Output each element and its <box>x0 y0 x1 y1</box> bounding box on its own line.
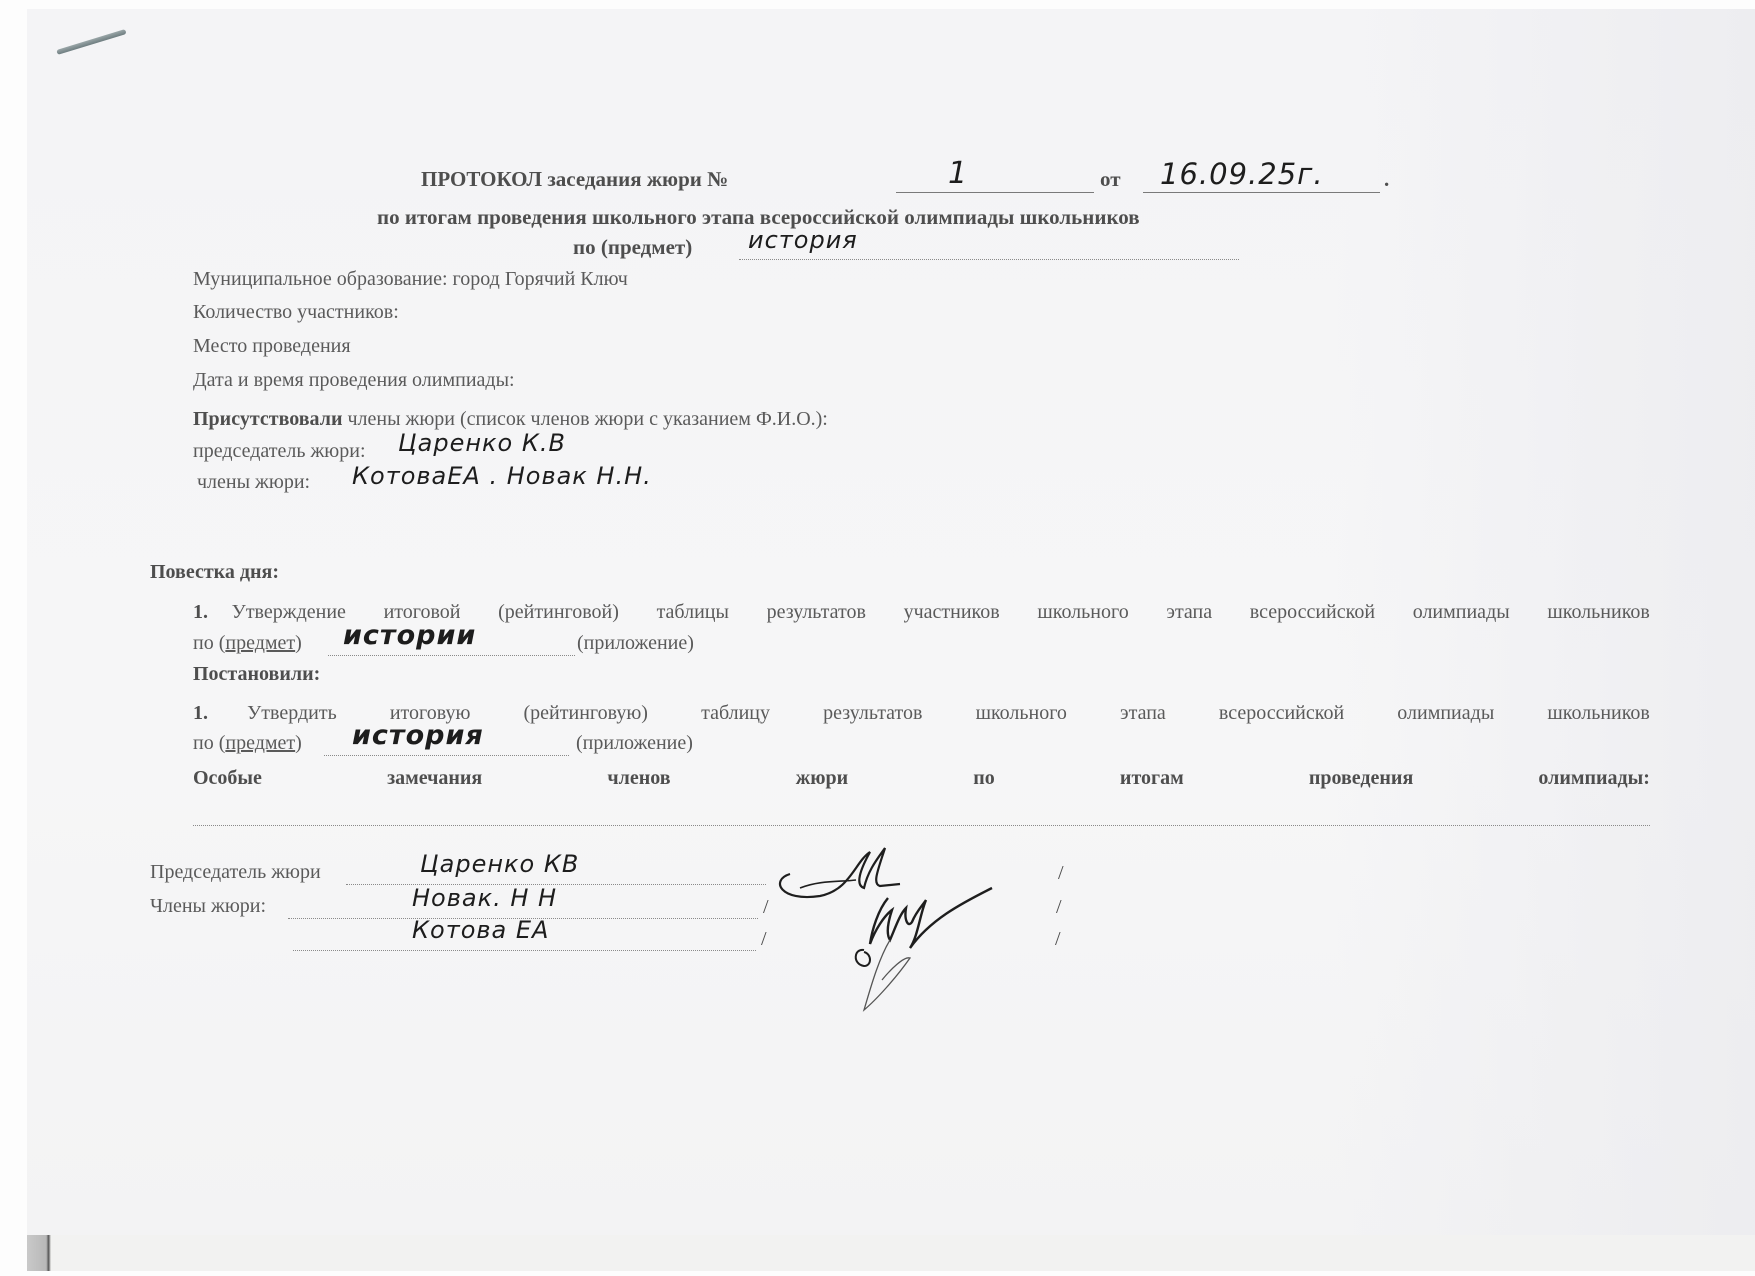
resolved-heading: Постановили: <box>193 662 320 686</box>
agenda-heading: Повестка дня: <box>150 560 279 584</box>
signature-chair-name: Царенко КВ <box>420 850 579 878</box>
signature-member2-name: Котова ЕА <box>412 916 549 944</box>
protocol-date: 16.09.25г. <box>1160 157 1324 191</box>
remarks-underline <box>193 825 1650 826</box>
word: Утверждение <box>232 600 346 624</box>
agenda-subject-underline <box>328 655 575 656</box>
scanner-bottom-edge <box>27 1235 1755 1271</box>
paren-close: ) <box>295 732 302 754</box>
word: школьников <box>1547 600 1650 624</box>
signature-members-label: Члены жюри: <box>150 894 266 918</box>
word: олимпиады <box>1397 701 1494 725</box>
word: проведения <box>1309 766 1413 790</box>
subject-word: предмет <box>225 732 295 754</box>
resolved-subject-underline <box>324 755 569 756</box>
signature-chair-label: Председатель жюри <box>150 860 321 884</box>
paren-open: по ( <box>193 632 225 654</box>
signature-member1-name: Новак. Н Н <box>412 884 557 912</box>
slash-mark: / <box>1058 862 1064 885</box>
present-description: члены жюри (список членов жюри с указани… <box>342 408 827 430</box>
word: Утвердить <box>247 701 337 725</box>
word: олимпиады: <box>1538 766 1650 790</box>
handwritten-signature-strokes <box>760 840 1000 1020</box>
word: всероссийской <box>1250 600 1375 624</box>
agenda-subject-handwritten: истории <box>343 620 476 651</box>
word: итогам <box>1120 766 1184 790</box>
resolved-subject-handwritten: история <box>352 720 484 751</box>
paren-open: по ( <box>193 732 225 754</box>
word: таблицу <box>701 701 770 725</box>
word: этапа <box>1166 600 1212 624</box>
word: участников <box>904 600 1000 624</box>
word: членов <box>607 766 670 790</box>
word: замечания <box>387 766 482 790</box>
word: таблицы <box>657 600 729 624</box>
word: олимпиады <box>1413 600 1510 624</box>
agenda-item-1-subject-prefix: по (предмет) <box>193 631 302 655</box>
word: (рейтинговой) <box>498 600 619 624</box>
municipality: Муниципальное образование: город Горячий… <box>193 267 628 291</box>
protocol-number: 1 <box>948 156 968 191</box>
slash-mark: / <box>1055 928 1061 951</box>
word: результатов <box>823 701 922 725</box>
participants-count-label: Количество участников: <box>193 300 399 324</box>
word: всероссийской <box>1219 701 1344 725</box>
word: Особые <box>193 766 262 790</box>
protocol-title: ПРОТОКОЛ заседания жюри № <box>421 167 728 191</box>
subject-value: история <box>748 226 858 254</box>
word: результатов <box>767 600 866 624</box>
resolved-item-number: 1. <box>193 701 208 725</box>
word: школьников <box>1547 701 1650 725</box>
protocol-number-underline <box>896 192 1094 193</box>
remarks-line: Особые замечания членов жюри по итогам п… <box>193 766 1650 790</box>
subject-word: предмет <box>225 632 295 654</box>
venue-label: Место проведения <box>193 334 351 358</box>
word: школьного <box>976 701 1067 725</box>
members-label: члены жюри: <box>197 470 310 494</box>
word: школьного <box>1037 600 1128 624</box>
slash-mark: / <box>1056 896 1062 919</box>
member2-signature-underline <box>293 950 756 951</box>
date-suffix: . <box>1384 167 1389 191</box>
word: по <box>973 766 995 790</box>
word: этапа <box>1120 701 1166 725</box>
date-prefix: от <box>1100 167 1121 191</box>
subject-underline <box>739 259 1239 260</box>
scanner-edge-shadow <box>27 1235 51 1271</box>
agenda-appendix: (приложение) <box>577 631 694 655</box>
resolved-appendix: (приложение) <box>576 731 693 755</box>
date-underline <box>1143 192 1380 193</box>
paren-close: ) <box>295 632 302 654</box>
present-label: Присутствовали <box>193 408 342 430</box>
resolved-item-1-subject-prefix: по (предмет) <box>193 731 302 755</box>
members-names-handwritten: КотоваЕА . Новак Н.Н. <box>352 462 652 490</box>
datetime-label: Дата и время проведения олимпиады: <box>193 368 515 392</box>
agenda-item-number: 1. <box>193 600 208 624</box>
present-line: Присутствовали члены жюри (список членов… <box>193 407 828 431</box>
chair-name-handwritten: Царенко К.В <box>398 429 566 457</box>
word: жюри <box>796 766 848 790</box>
chair-label: председатель жюри: <box>193 439 366 463</box>
subject-label: по (предмет) <box>573 235 692 259</box>
word: (рейтинговую) <box>524 701 648 725</box>
